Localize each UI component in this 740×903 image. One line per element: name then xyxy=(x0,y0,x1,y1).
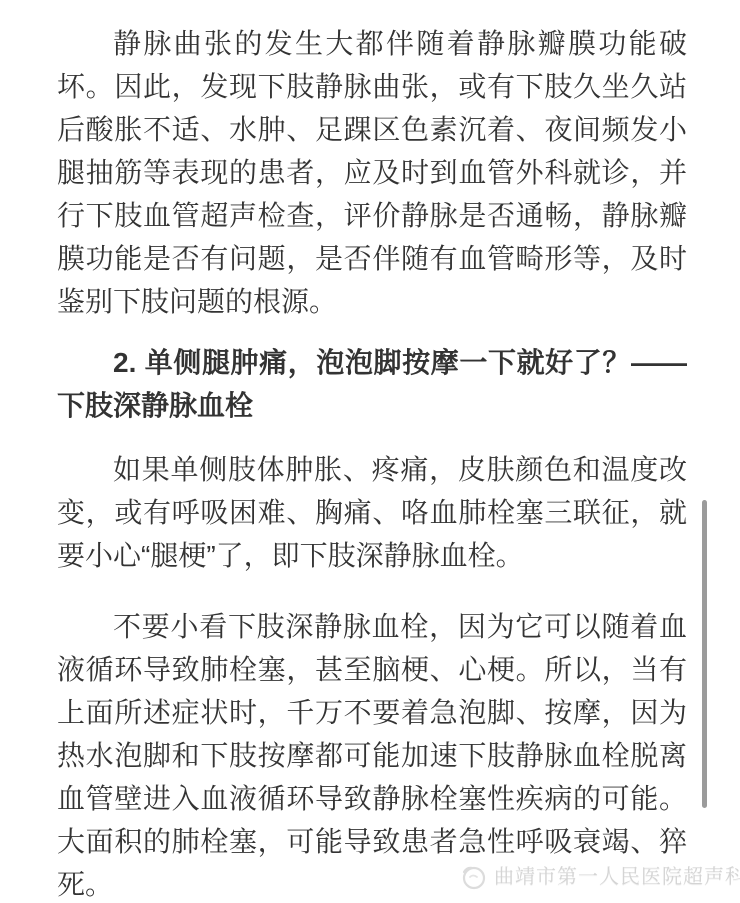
paragraph-dvt-symptoms: 如果单侧肢体肿胀、疼痛，皮肤颜色和温度改变，或有呼吸困难、胸痛、咯血肺栓塞三联征… xyxy=(57,448,687,577)
watermark-label: 曲靖市第一人民医院超声科 xyxy=(494,863,740,891)
paragraph-dvt-risks: 不要小看下肢深静脉血栓，因为它可以随着血液循环导致肺栓塞，甚至脑梗、心梗。所以，… xyxy=(57,605,687,903)
scrollbar-thumb[interactable] xyxy=(702,500,707,808)
article-body: 静脉曲张的发生大都伴随着静脉瓣膜功能破坏。因此，发现下肢静脉曲张，或有下肢久坐久… xyxy=(57,22,687,903)
section-heading-dvt: 2. 单侧腿肿痛，泡泡脚按摩一下就好了？——下肢深静脉血栓 xyxy=(57,341,687,427)
watermark: 曲靖市第一人民医院超声科 xyxy=(460,863,740,891)
paragraph-varicose-veins: 静脉曲张的发生大都伴随着静脉瓣膜功能破坏。因此，发现下肢静脉曲张，或有下肢久坐久… xyxy=(57,22,687,323)
hospital-logo-icon xyxy=(460,864,487,891)
